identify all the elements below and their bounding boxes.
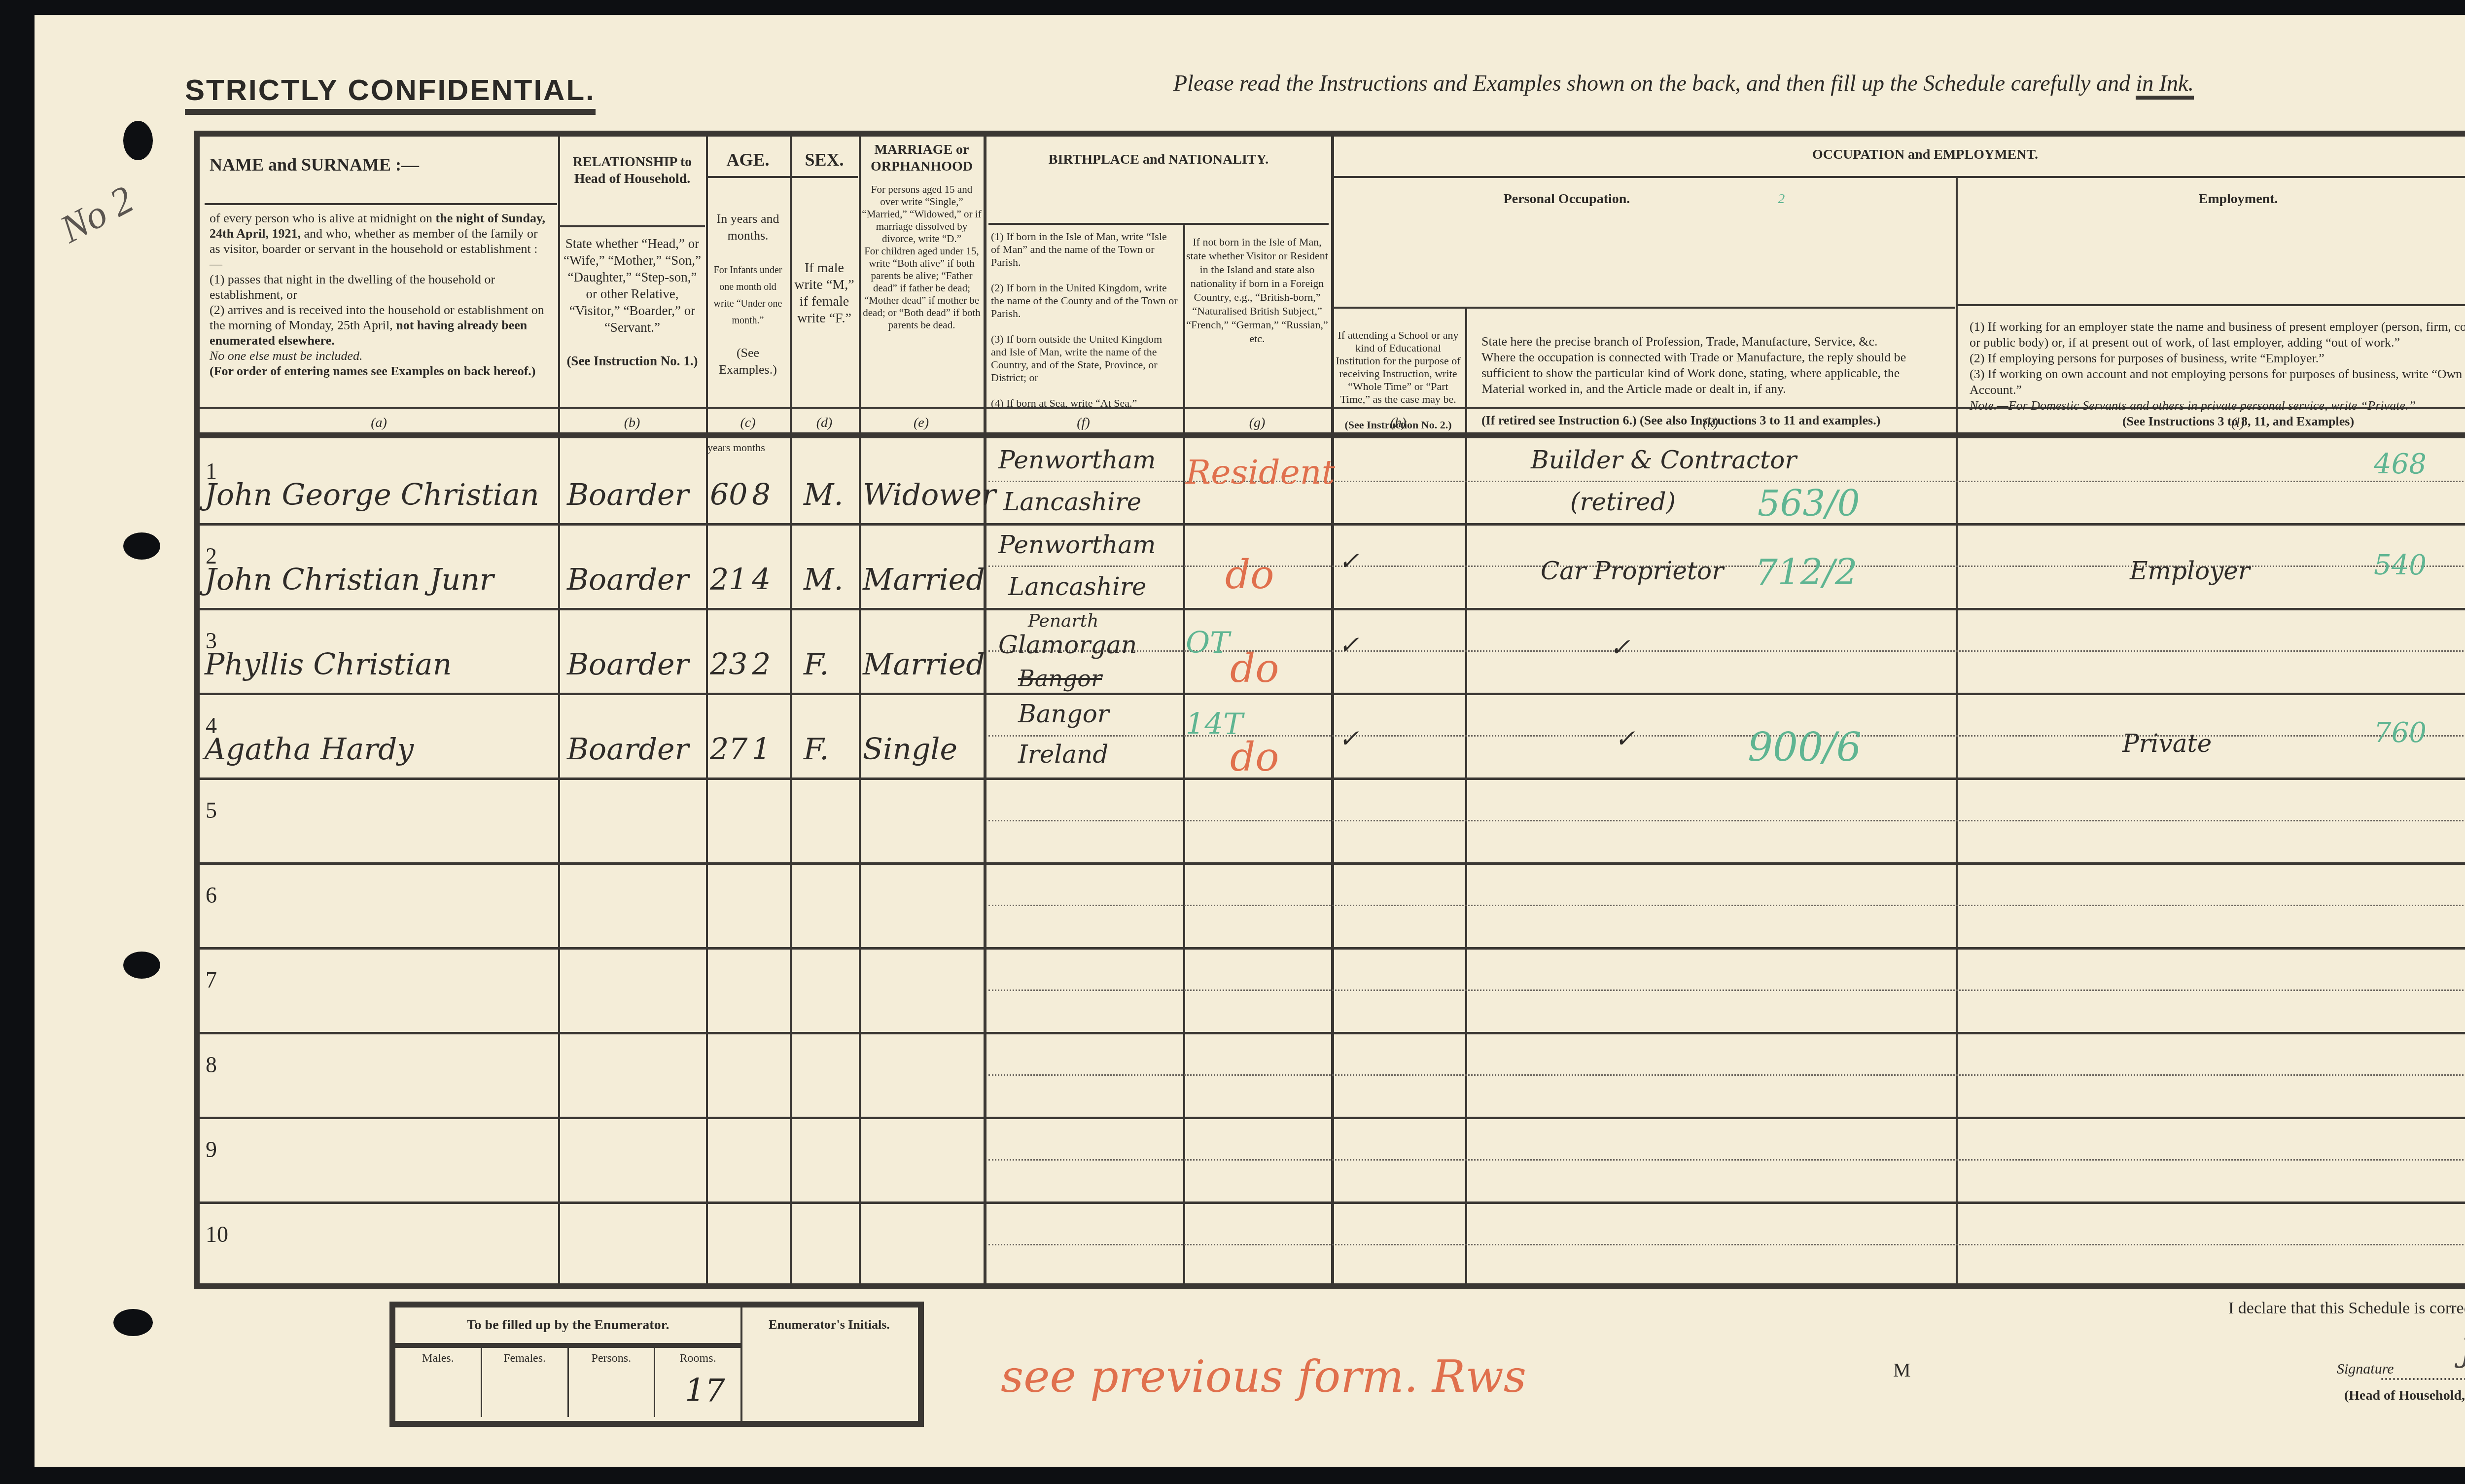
row-separator (200, 947, 2465, 950)
declaration-text: I declare that this Schedule is correctl… (2228, 1299, 2465, 1318)
employment-code: 540 (2374, 549, 2427, 581)
row-number: 5 (206, 797, 217, 823)
col-e-title: MARRIAGE or ORPHANHOOD (861, 141, 982, 175)
header-rule (205, 203, 557, 205)
birth-town-cell[interactable]: Bangor (1018, 700, 1109, 728)
nationality-code: OT (1186, 626, 1230, 660)
birth-county-cell[interactable]: Lancashire (1008, 572, 1146, 601)
females-field[interactable]: Females. (482, 1348, 569, 1417)
row-separator (200, 523, 2465, 526)
relationship-cell[interactable]: Boarder (567, 647, 689, 682)
occupation-code: 712/2 (1755, 552, 1858, 593)
col-letter-l: (l) (1956, 415, 2465, 431)
occupation-cell[interactable]: ✓ (1610, 633, 1630, 662)
sex-cell[interactable]: F. (804, 732, 829, 767)
nationality-cell[interactable]: do (1230, 645, 1279, 691)
occupation-cell[interactable]: Car Proprietor (1541, 557, 1724, 585)
nationality-cell[interactable]: Resident (1186, 453, 1335, 492)
col-a-body: of every person who is alive at midnight… (210, 211, 550, 379)
birth-town-cell[interactable]: Penwortham (998, 530, 1156, 559)
col-c-body: In years and months.For Infants under on… (708, 211, 787, 378)
header-rule (200, 432, 2465, 438)
row-separator (200, 777, 2465, 780)
col-letter-e: (e) (859, 415, 984, 431)
col-d-body: If male write “M,” if female write “F.” (792, 260, 856, 327)
relationship-cell[interactable]: Boarder (567, 478, 689, 512)
nationality-cell[interactable]: do (1230, 734, 1279, 780)
punch-hole (113, 1309, 153, 1336)
row-number: 10 (206, 1221, 228, 1247)
row-separator (200, 693, 2465, 695)
col-letter-b: (b) (558, 415, 706, 431)
col-b-title: RELATIONSHIP to Head of Household. (562, 154, 703, 187)
age-years-cell[interactable]: 21 (710, 563, 747, 597)
name-cell[interactable]: Agatha Hardy (205, 732, 414, 767)
marriage-cell[interactable]: Married (863, 647, 985, 682)
col-a-title: NAME and SURNAME :— (210, 156, 550, 175)
punch-hole (123, 532, 160, 560)
col-e-body: For persons aged 15 and over write “Sing… (861, 183, 982, 331)
occupation-detail-cell[interactable]: (retired) (1570, 488, 1676, 516)
header-rule (1334, 307, 1955, 309)
row-number: 6 (206, 882, 217, 908)
age-months-cell[interactable]: 8 (752, 478, 771, 512)
col-fg-title: BIRTHPLACE and NATIONALITY. (988, 151, 1329, 168)
row-separator (200, 1032, 2465, 1034)
col-letter-c: (c) (706, 415, 790, 431)
col-letter-a: (a) (200, 415, 558, 431)
relationship-cell[interactable]: Boarder (567, 732, 689, 767)
page-title: STRICTLY CONFIDENTIAL. (185, 73, 596, 115)
row-dotted-line (988, 1159, 2465, 1161)
signature-line (2381, 1378, 2465, 1380)
row-dotted-line (988, 820, 2465, 821)
row-separator (200, 1117, 2465, 1119)
sex-cell[interactable]: M. (804, 478, 844, 512)
sex-cell[interactable]: F. (804, 647, 829, 682)
header-rule (1957, 304, 2465, 306)
col-c-title: AGE. (708, 151, 787, 170)
fill-instructions: Please read the Instructions and Example… (1173, 70, 2194, 96)
males-field[interactable]: Males. (395, 1348, 482, 1417)
col-letter-f: (f) (984, 415, 1183, 431)
col-g-body: If not born in the Isle of Man, state wh… (1186, 235, 1329, 346)
sex-cell[interactable]: M. (804, 563, 844, 597)
schooling-cell[interactable]: ✓ (1338, 547, 1359, 575)
punch-hole (123, 121, 153, 160)
age-years-cell[interactable]: 60 (710, 478, 747, 512)
row-dotted-line (988, 905, 2465, 906)
punch-hole (123, 952, 160, 979)
marriage-cell[interactable]: Married (863, 563, 985, 597)
birth-county-cell[interactable]: Lancashire (1003, 488, 1141, 516)
row-number: 7 (206, 967, 217, 993)
col-letter-k: (k) (1465, 415, 1956, 431)
rooms-value: 17 (685, 1373, 725, 1409)
birth-extra-cell[interactable]: Bangor (1018, 665, 1102, 692)
row-separator (200, 608, 2465, 610)
employment-code: 468 (2374, 448, 2427, 480)
row-number: 9 (206, 1136, 217, 1163)
schooling-cell[interactable]: ✓ (1338, 724, 1359, 753)
birth-town-cell[interactable]: Penarth (1028, 611, 1098, 631)
signature-label: Signature (2337, 1361, 2394, 1378)
schooling-cell[interactable]: ✓ (1338, 631, 1359, 659)
col-l-title: Employment. (1957, 191, 2465, 208)
m-mark: M (1893, 1358, 1911, 1381)
enum-box-cols: Males. Females. Persons. Rooms. 17 (395, 1348, 740, 1417)
rooms-field[interactable]: Rooms. 17 (655, 1348, 740, 1417)
col-k-title: Personal Occupation.2 (1334, 191, 1955, 208)
occupation-code: 900/6 (1748, 724, 1862, 770)
header-rule (560, 225, 705, 227)
enum-box-left: To be filled up by the Enumerator. Males… (395, 1307, 742, 1421)
occupation-code: 563/0 (1758, 483, 1860, 524)
col-b-body: State whether “Head,” or “Wife,” “Mother… (562, 235, 703, 369)
row-dotted-line (988, 1244, 2465, 1245)
header-rule (988, 223, 1329, 225)
persons-field[interactable]: Persons. (569, 1348, 656, 1417)
signature[interactable]: John Moore. (2460, 1331, 2465, 1369)
col-d-title: SEX. (792, 151, 856, 170)
age-years-cell[interactable]: 23 (710, 647, 747, 682)
row-separator (200, 862, 2465, 865)
employment-code: 760 (2374, 717, 2427, 749)
col-letter-d: (d) (790, 415, 859, 431)
col-l-body: (1) If working for an employer state the… (1970, 319, 2465, 429)
row-dotted-line (988, 1074, 2465, 1076)
schedule-table: NAME and SURNAME :— of every person who … (194, 131, 2465, 1289)
row-dotted-line (988, 989, 2465, 991)
name-cell[interactable]: Phyllis Christian (205, 647, 452, 682)
enumerator-totals-box: To be filled up by the Enumerator. Males… (389, 1302, 924, 1427)
col-occ-title: OCCUPATION and EMPLOYMENT. (1334, 146, 2465, 163)
rows-container: 1 2 3 4 5 6 7 8 9 10 John George Christi… (200, 438, 2465, 1286)
birth-county-cell[interactable]: Ireland (1018, 740, 1108, 769)
occupation-cell[interactable]: ✓ (1615, 724, 1635, 753)
age-months-cell[interactable]: 4 (752, 563, 771, 597)
header-rule (1334, 176, 2465, 178)
red-annotation: see previous form. Rws (1001, 1351, 1526, 1403)
nationality-cell[interactable]: do (1225, 552, 1274, 598)
birth-town-cell[interactable]: Penwortham (998, 446, 1156, 474)
col-letter-h: (h) (1331, 415, 1465, 431)
enum-box-heading: To be filled up by the Enumerator. (395, 1307, 740, 1348)
marriage-cell[interactable]: Single (863, 732, 957, 767)
age-months-cell[interactable]: 1 (752, 732, 771, 767)
col-k-body: State here the precise branch of Profess… (1481, 334, 1945, 428)
birth-county-cell[interactable]: Glamorgan (998, 631, 1137, 659)
row-number: 8 (206, 1052, 217, 1078)
col-f-body: (1) If born in the Isle of Man, write “I… (991, 230, 1178, 410)
marriage-cell[interactable]: Widower (863, 478, 996, 512)
occupation-cell[interactable]: Builder & Contractor (1531, 446, 1796, 474)
enumerator-initials-label: Enumerator's Initials. (745, 1317, 913, 1332)
name-cell[interactable]: John George Christian (205, 478, 539, 512)
signature-subtext: (Head of Household, Manager of Establish… (2344, 1388, 2465, 1404)
employment-cell[interactable]: Employer (2130, 557, 2250, 585)
employment-cell[interactable]: Private (2122, 729, 2212, 758)
age-years-cell[interactable]: 27 (710, 732, 747, 767)
age-months-cell[interactable]: 2 (752, 647, 771, 682)
header-rule (707, 176, 858, 178)
relationship-cell[interactable]: Boarder (567, 563, 689, 597)
col-letter-g: (g) (1183, 415, 1331, 431)
row-separator (200, 1201, 2465, 1204)
name-cell[interactable]: John Christian Junr (205, 563, 494, 597)
